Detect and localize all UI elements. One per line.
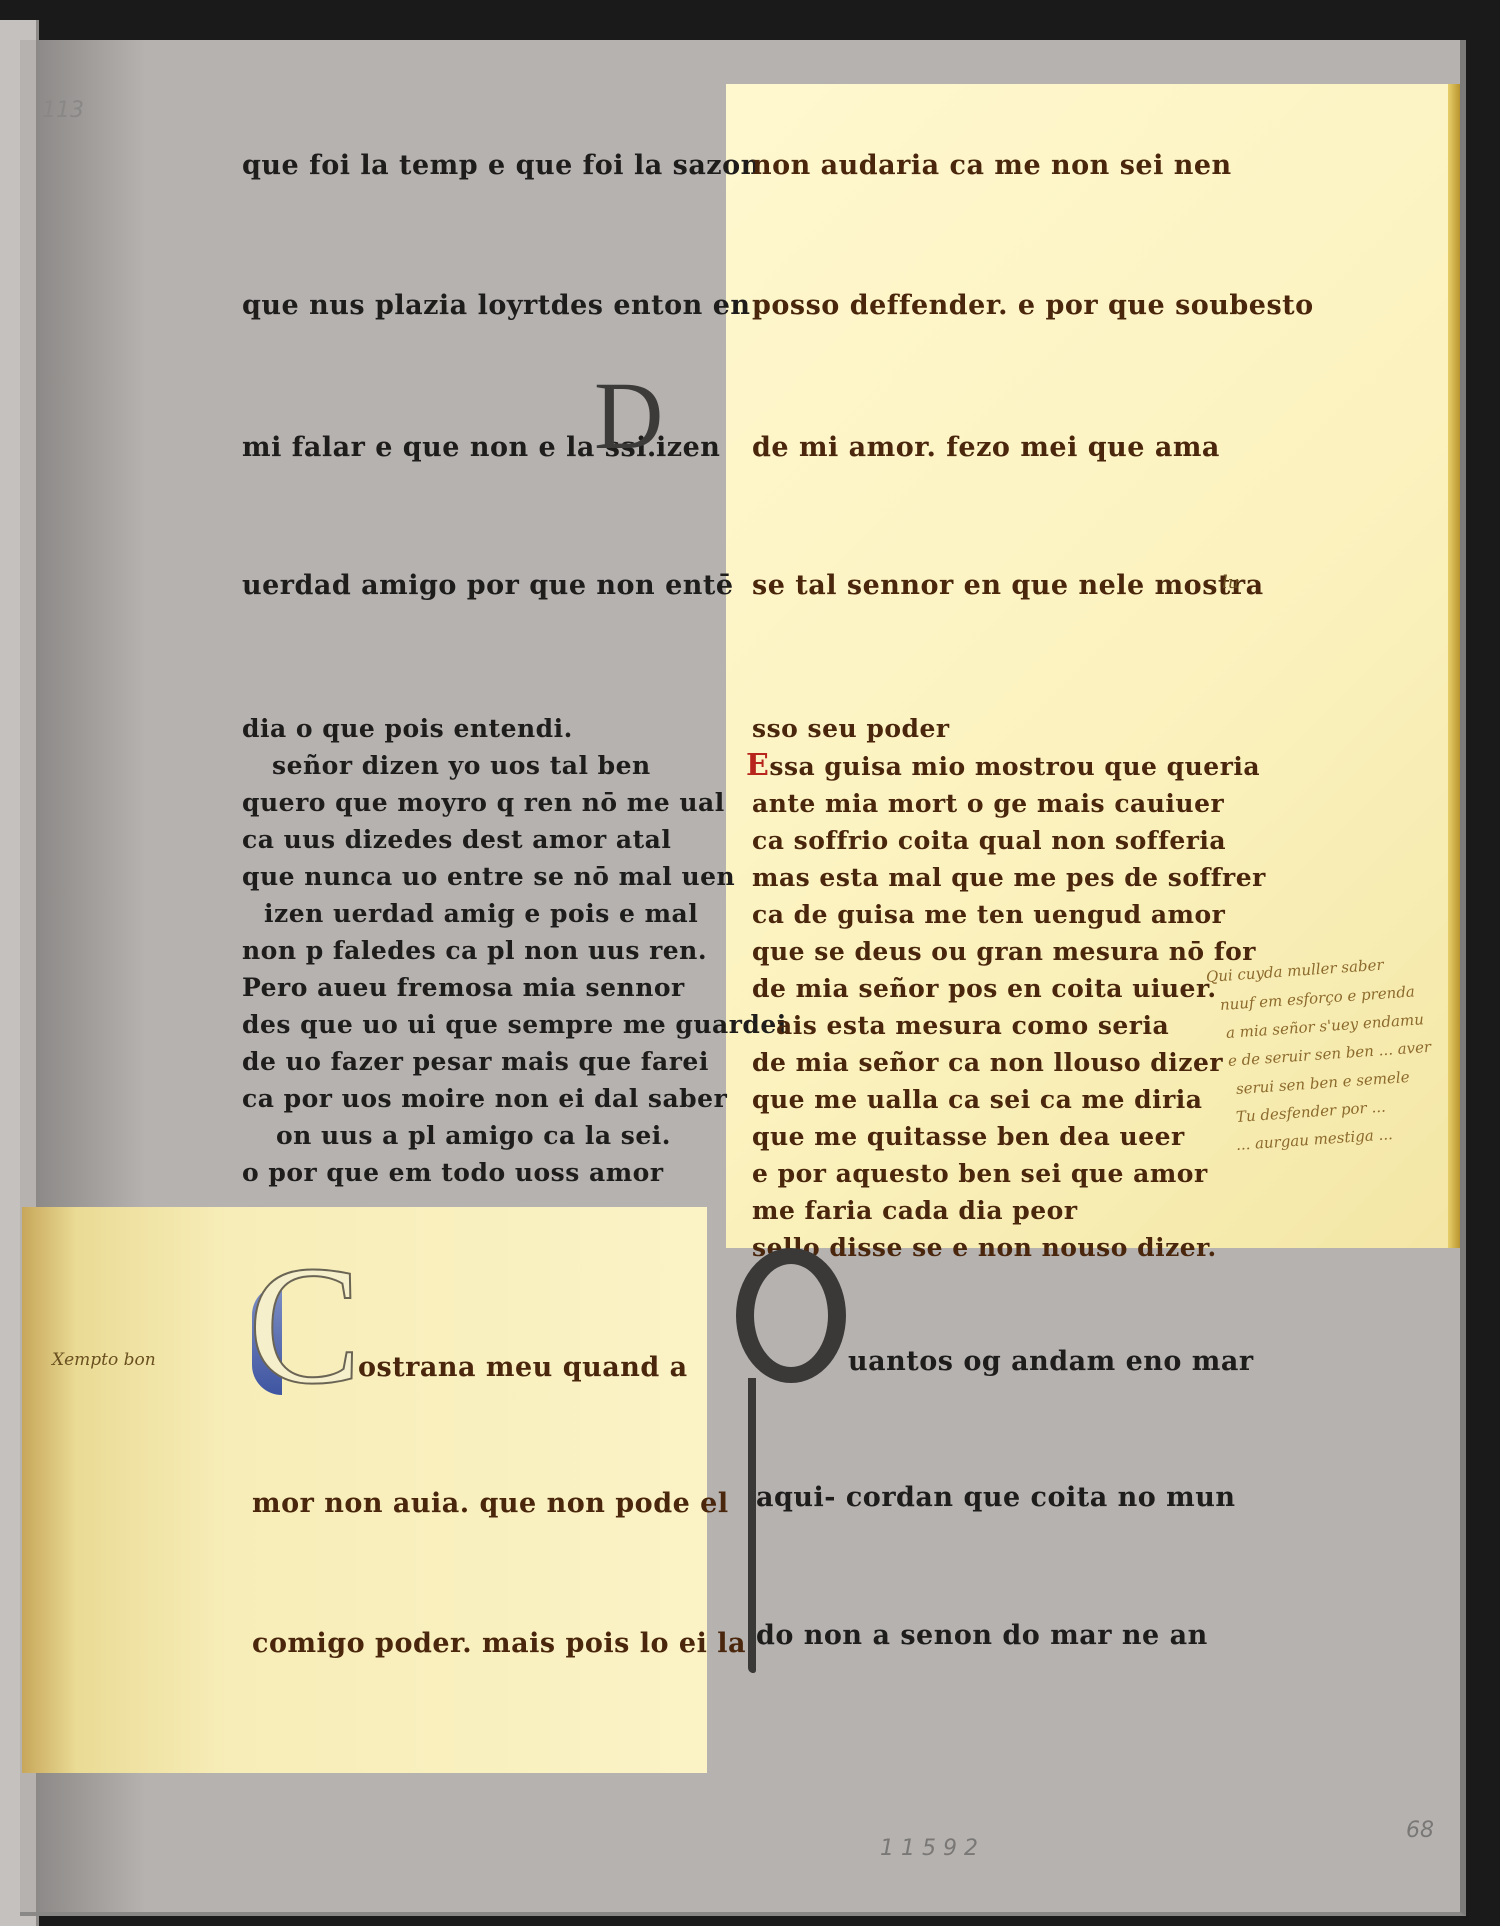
folio-number-bottom: 68 [1406, 1818, 1434, 1843]
text-line: ca por uos moire non ei dal saber [242, 1080, 787, 1117]
marginalia-block: Qui cuyda muller saber nuuf em esforço e… [1206, 968, 1409, 1154]
left-staff-line-3-continued: izen [656, 432, 720, 463]
text-line: ca de guisa me ten uengud amor [752, 896, 1266, 933]
left-staff-line-2: que nus plazia loyrtdes enton en [242, 290, 751, 321]
text-line: que se deus ou gran mesura nō for [752, 933, 1266, 970]
left-staff-line-1: que foi la temp e que foi la sazon [242, 150, 761, 181]
marginalia-line: Tu desfender por ... [1235, 1094, 1439, 1126]
text-line: que me quitasse ben dea ueer [752, 1118, 1266, 1155]
text-line: sso seu poder [752, 710, 1266, 747]
marginalia-line: e de seruir sen ben ... aver [1227, 1038, 1431, 1070]
left-staff-line-4: uerdad amigo por que non entē [242, 570, 734, 601]
initial-q-tail [748, 1378, 756, 1673]
text-line: de uo fazer pesar mais que farei [242, 1043, 787, 1080]
text-line: ante mia mort o ge mais cauiuer [752, 785, 1266, 822]
gilt-edge [1448, 84, 1460, 1248]
text-line: des que uo ui que sempre me guardei [242, 1006, 787, 1043]
text-line: ca uus dizedes dest amor atal [242, 821, 787, 858]
text-line: que nunca uo entre se nō mal uen [242, 858, 787, 895]
marginalia-line: nuuf em esforço e prenda [1219, 982, 1423, 1014]
text-line: de mia señor ca non llouso dizer [752, 1044, 1266, 1081]
marginalia-line: a mia señor s'uey endamu [1225, 1010, 1429, 1042]
initial-c: C [248, 1240, 361, 1410]
text-line: e por aquesto ben sei que amor [752, 1155, 1266, 1192]
folio-number-top: 113 [42, 98, 84, 123]
bottom-left-line-1: ostrana meu quand a [358, 1352, 688, 1383]
initial-d: D [594, 368, 663, 464]
text-line: de mia señor pos en coita uiuer. [752, 970, 1266, 1007]
text-line: sello disse se e non nouso dizer. [752, 1229, 1266, 1266]
bottom-right-line-2: aqui- cordan que coita no mun [756, 1482, 1235, 1513]
right-staff-line-1: non audaria ca me non sei nen [752, 150, 1232, 181]
text-line: on uus a pl amigo ca la sei. [276, 1117, 821, 1154]
marginalia-line: serui sen ben e semele [1235, 1066, 1439, 1098]
right-staff-line-4: se tal sennor en que nele mostra [752, 570, 1264, 601]
bottom-right-line-3: do non a senon do mar ne an [756, 1620, 1208, 1651]
text-line-with-rubric: Essa guisa mio mostrou que queria [746, 747, 1260, 785]
marginalia-line: ... aurgau mestiga ... [1235, 1122, 1439, 1154]
margin-mark: lu [1222, 572, 1239, 593]
shelfmark-pencil: 1 1 5 9 2 [880, 1836, 978, 1861]
text-line: izen uerdad amig e pois e mal [264, 895, 809, 932]
initial-q-bowl [736, 1248, 846, 1383]
bottom-right-line-1: uantos og andam eno mar [848, 1346, 1254, 1377]
right-staff-line-2: posso deffender. e por que soubesto [752, 290, 1314, 321]
text-line: non p faledes ca pl non uus ren. [242, 932, 787, 969]
bottom-left-line-2: mor non auia. que non pode el [252, 1488, 729, 1519]
text-line: señor dizen yo uos tal ben [272, 747, 817, 784]
margin-note-bottom-left: Xempto bon [52, 1350, 156, 1370]
text-line: me faria cada dia peor [752, 1192, 1266, 1229]
text-line: que me ualla ca sei ca me diria [752, 1081, 1266, 1118]
right-dense-text-block: sso seu poder Essa guisa mio mostrou que… [752, 710, 1266, 1266]
text-line: quero que moyro q ren nō me ual [242, 784, 787, 821]
bottom-left-line-3: comigo poder. mais pois lo ei la. [252, 1628, 756, 1659]
text-line: mas esta mal que me pes de soffrer [752, 859, 1266, 896]
text-line: ca soffrio coita qual non sofferia [752, 822, 1266, 859]
right-staff-line-3: de mi amor. fezo mei que ama [752, 432, 1220, 463]
text-line: Pero aueu fremosa mia sennor [242, 969, 787, 1006]
left-dense-text-block: dia o que pois entendi. señor dizen yo u… [242, 710, 787, 1191]
rubric-initial-e: E [746, 748, 769, 783]
text-line-rest: ssa guisa mio mostrou que queria [769, 752, 1260, 781]
text-line: o por que em todo uoss amor [242, 1154, 787, 1191]
text-line: dia o que pois entendi. [242, 710, 787, 747]
